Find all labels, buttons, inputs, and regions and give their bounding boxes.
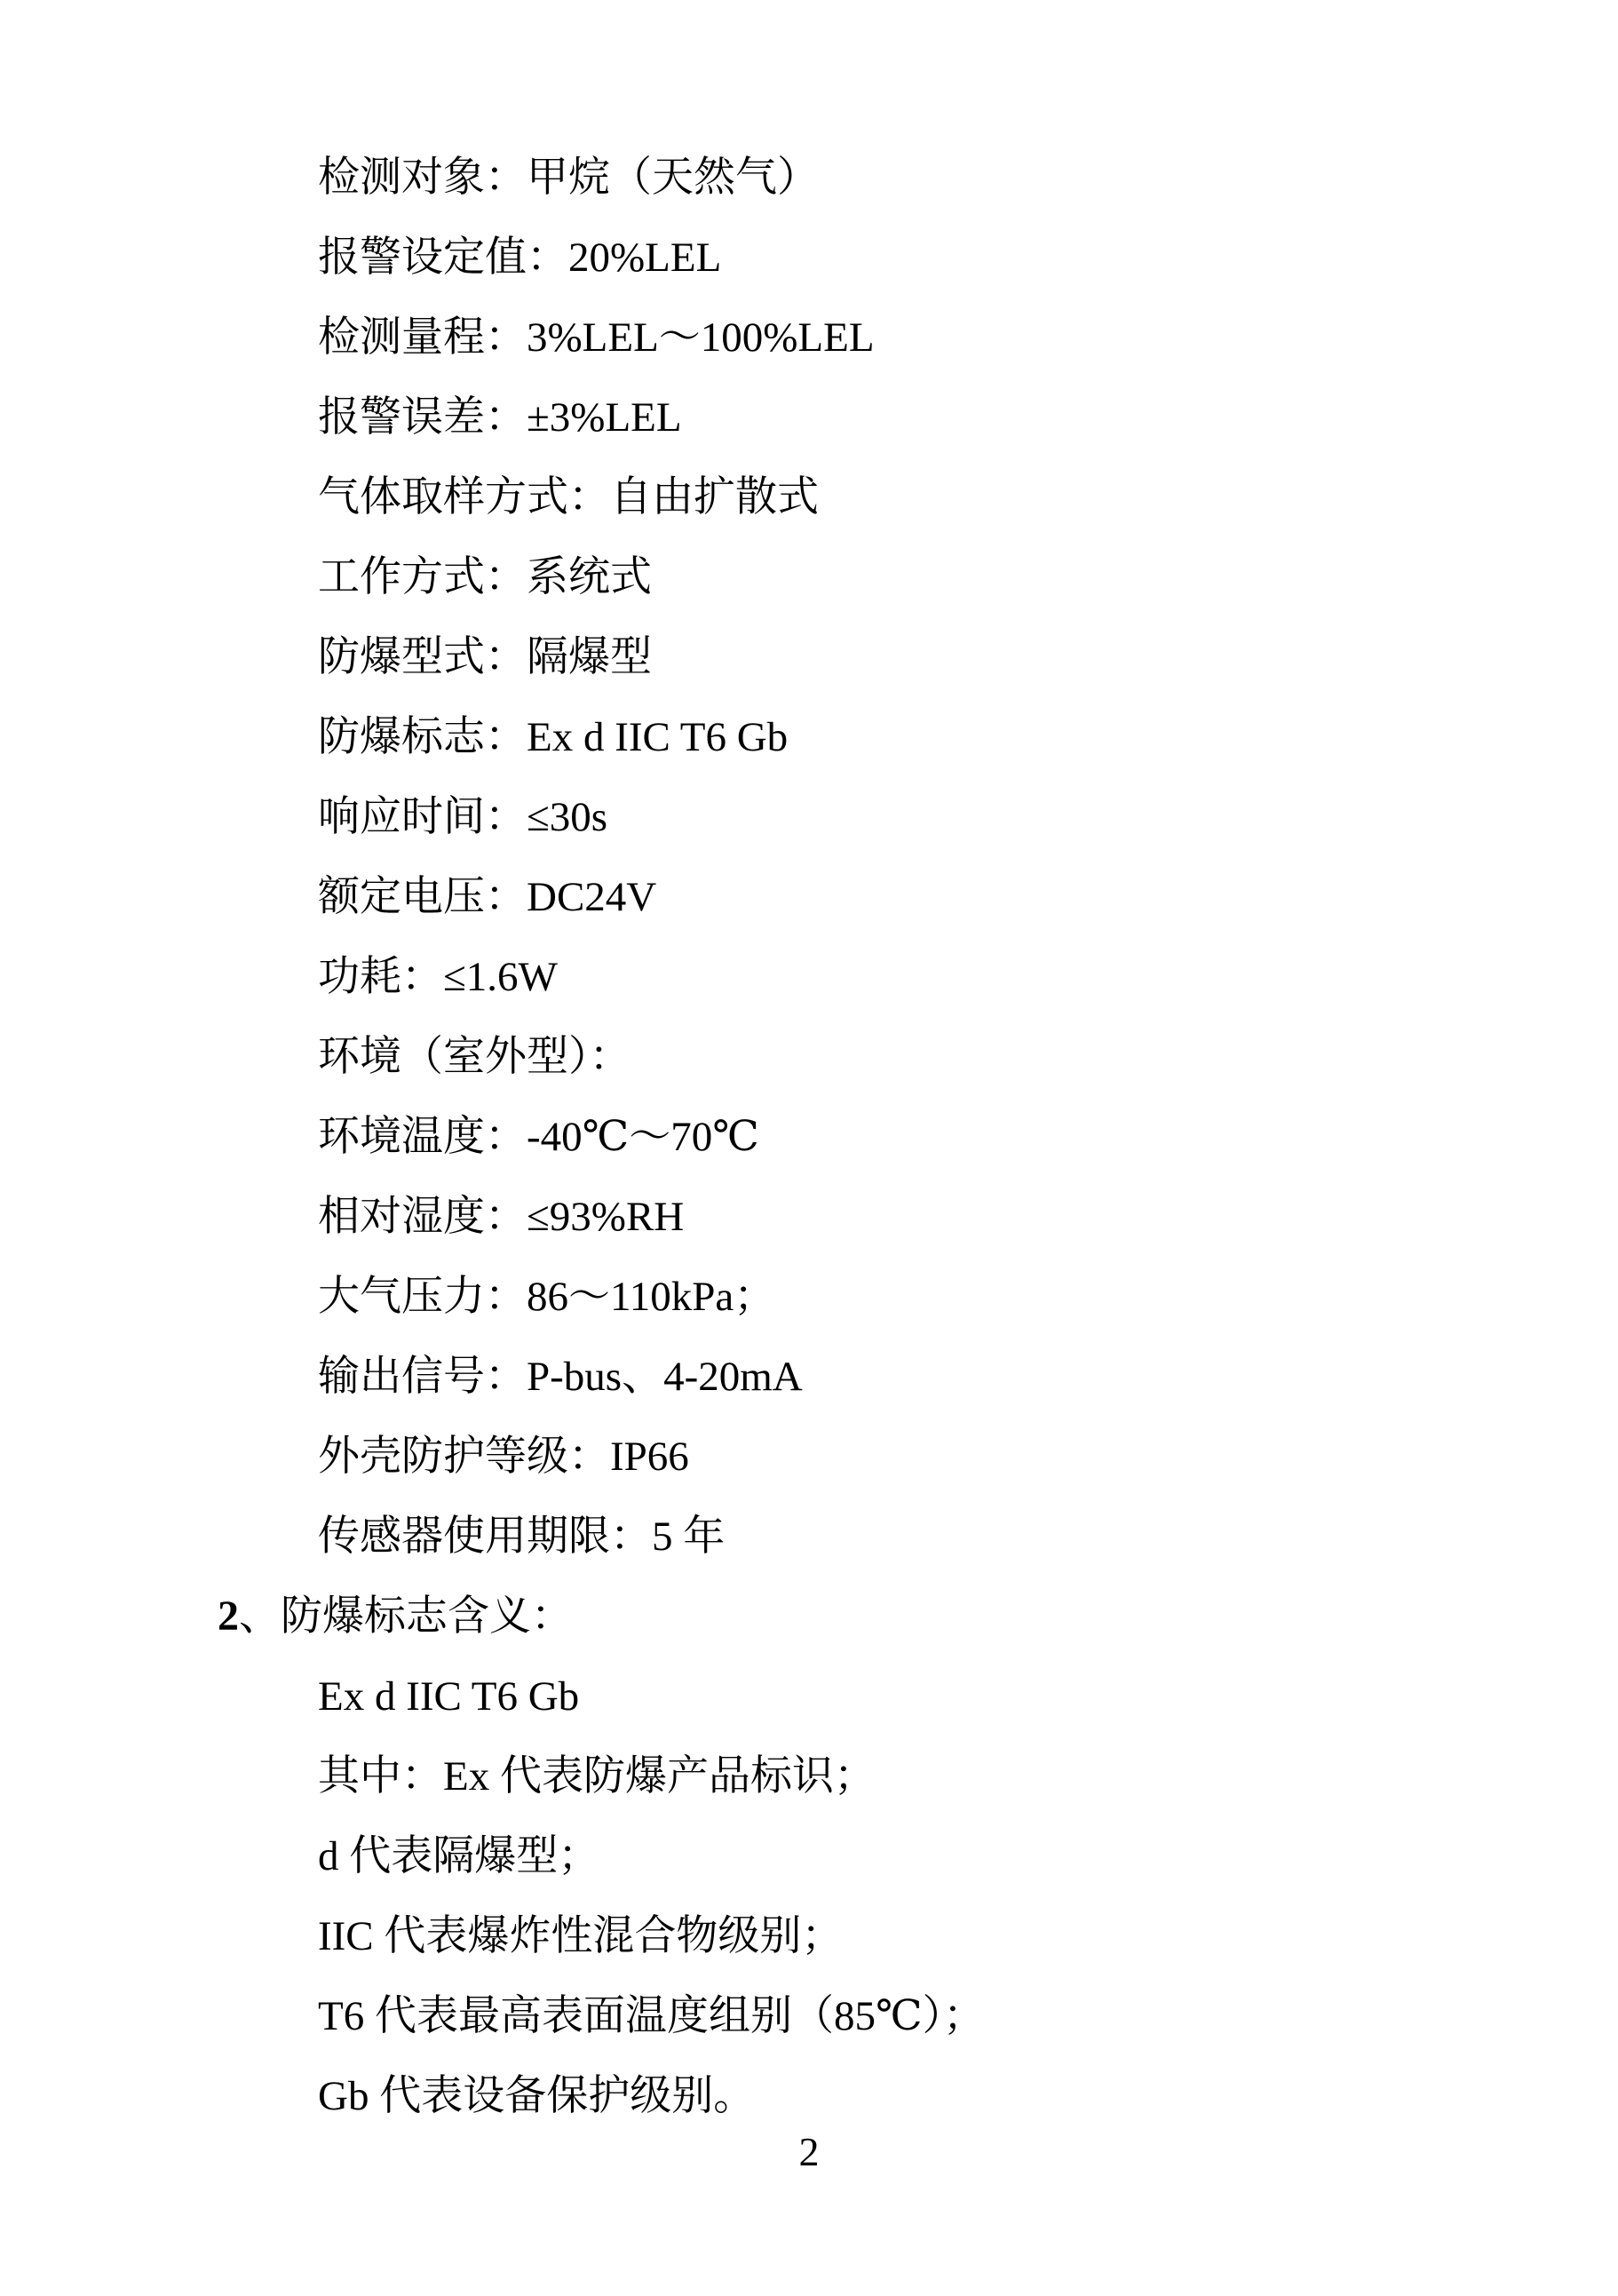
spec-line-ambient-temperature: 环境温度：-40℃～70℃: [318, 1097, 1618, 1177]
document-page: 检测对象：甲烷（天然气） 报警设定值：20%LEL 检测量程：3%LEL～100…: [0, 0, 1618, 2296]
spec-line-atmospheric-pressure: 大气压力：86～110kPa；: [318, 1257, 1618, 1337]
spec-line-sampling-method: 气体取样方式：自由扩散式: [318, 457, 1618, 537]
spec-line-output-signal: 输出信号：P-bus、4-20mA: [318, 1337, 1618, 1417]
spec-line-rated-voltage: 额定电压：DC24V: [318, 857, 1618, 937]
spec-line-environment: 环境（室外型）：: [318, 1017, 1618, 1097]
section-line-mark-code: Ex d IIC T6 Gb: [318, 1656, 1618, 1736]
spec-line-detection-target: 检测对象：甲烷（天然气）: [318, 138, 1618, 218]
spec-line-detection-range: 检测量程：3%LEL～100%LEL: [318, 298, 1618, 377]
section-number: 2: [218, 1593, 239, 1640]
section-heading: 2、防爆标志含义：: [218, 1577, 1618, 1656]
section-number-punct: 、: [239, 1593, 281, 1640]
section-title: 防爆标志含义：: [281, 1593, 573, 1640]
section-line-d-meaning: d 代表隔爆型；: [318, 1816, 1618, 1896]
section-line-gb-meaning: Gb 代表设备保护级别。: [318, 2056, 1618, 2136]
section-line-iic-meaning: IIC 代表爆炸性混合物级别；: [318, 1896, 1618, 1976]
spec-line-working-mode: 工作方式：系统式: [318, 537, 1618, 617]
spec-line-response-time: 响应时间：≤30s: [318, 777, 1618, 857]
document-content: 检测对象：甲烷（天然气） 报警设定值：20%LEL 检测量程：3%LEL～100…: [0, 0, 1618, 2136]
section-line-t6-meaning: T6 代表最高表面温度组别（85℃）；: [318, 1976, 1618, 2056]
spec-line-alarm-error: 报警误差：±3%LEL: [318, 377, 1618, 457]
spec-line-explosion-proof-mark: 防爆标志：Ex d IIC T6 Gb: [318, 697, 1618, 777]
spec-line-sensor-lifetime: 传感器使用期限：5 年: [318, 1497, 1618, 1577]
spec-line-enclosure-rating: 外壳防护等级：IP66: [318, 1417, 1618, 1497]
spec-line-power-consumption: 功耗：≤1.6W: [318, 937, 1618, 1017]
spec-line-relative-humidity: 相对湿度：≤93%RH: [318, 1177, 1618, 1257]
page-number: 2: [0, 2125, 1618, 2179]
spec-line-alarm-setpoint: 报警设定值：20%LEL: [318, 218, 1618, 298]
spec-line-explosion-proof-type: 防爆型式：隔爆型: [318, 617, 1618, 697]
section-line-ex-meaning: 其中：Ex 代表防爆产品标识；: [318, 1736, 1618, 1816]
